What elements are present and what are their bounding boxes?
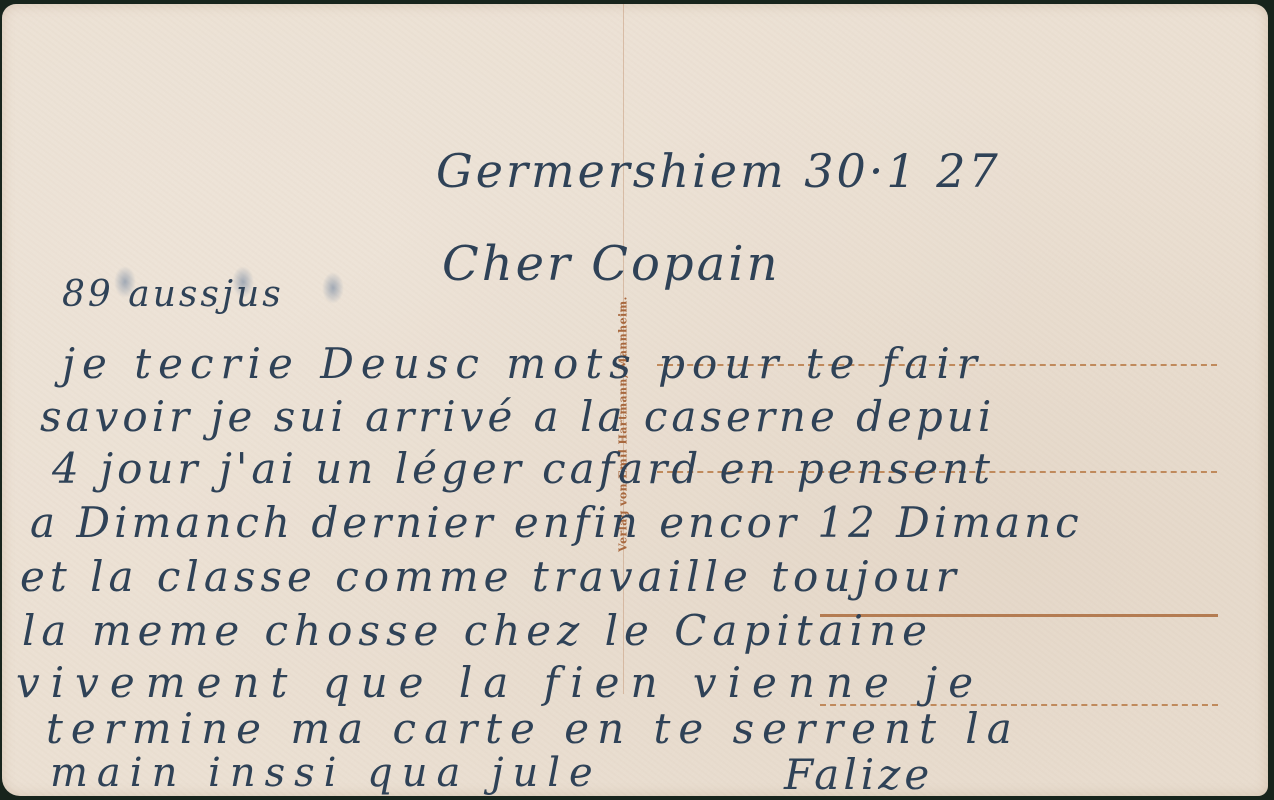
letter-line-4: a Dimanch dernier enfin encor 12 Dimanc — [30, 498, 1083, 547]
letter-line-6: la meme chosse chez le Capitaine — [22, 606, 933, 655]
letter-line-7: vivement que la fien vienne je — [16, 658, 984, 707]
letter-line-5: et la classe comme travaille toujour — [20, 552, 961, 601]
postcard-back: Verlag von Emil Hartmann, Mannheim. Germ… — [2, 4, 1268, 796]
salutation: Cher Copain — [442, 236, 780, 292]
letter-line-9: main inssi qua jule — [50, 750, 602, 796]
letter-line-2: savoir je sui arrivé a la caserne depui — [40, 392, 995, 441]
side-note: 89 aussjus — [62, 274, 284, 315]
letter-line-1: je tecrie Deusc mots pour te fair — [62, 339, 984, 388]
letter-line-8: termine ma carte en te serrent la — [46, 704, 1020, 753]
place-date: Germershiem 30·1 27 — [436, 144, 1001, 198]
signature: Falize — [784, 750, 933, 796]
ink-smudge — [322, 272, 344, 304]
letter-line-3: 4 jour j'ai un léger cafard en pensent — [52, 444, 994, 493]
